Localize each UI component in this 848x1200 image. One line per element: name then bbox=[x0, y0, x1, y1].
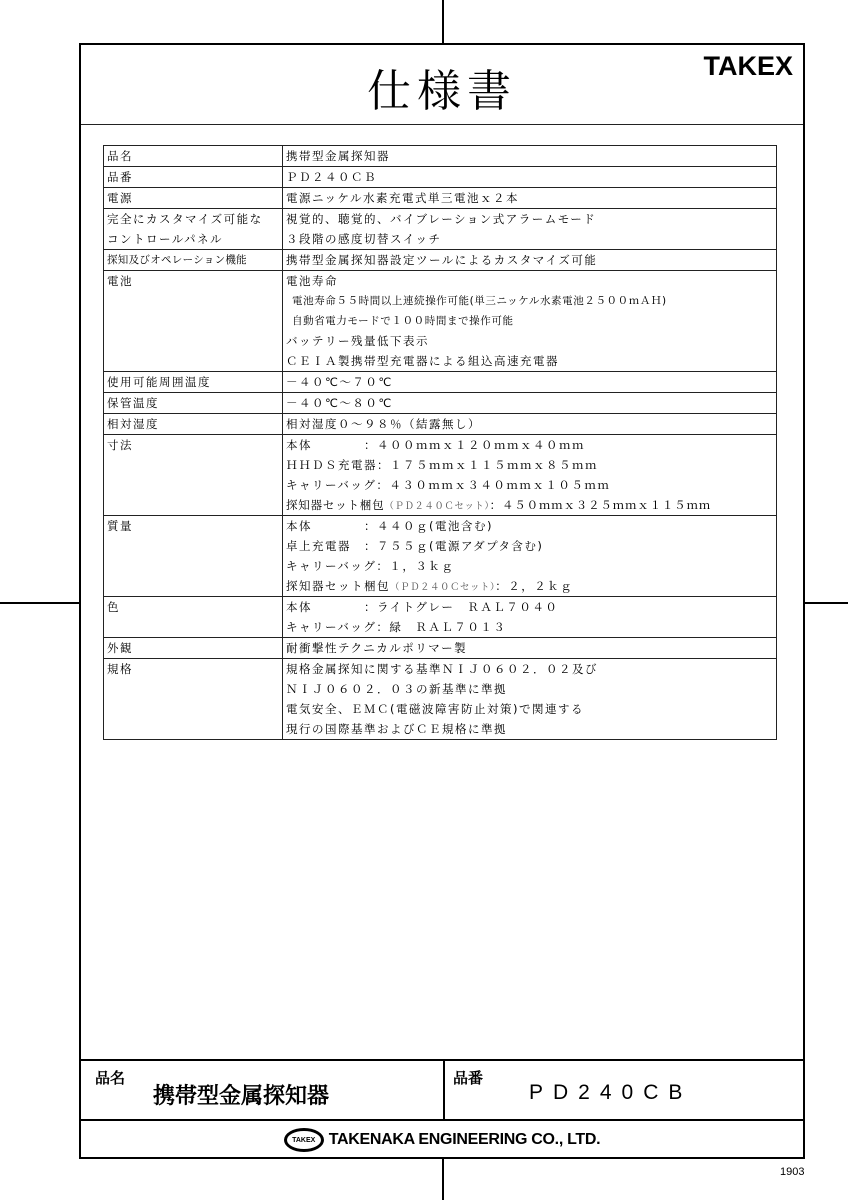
spec-value: ＣＥＩＡ製携帯型充電器による組込高速充電器 bbox=[286, 351, 773, 371]
spec-row-operating-temp: 使用可能周囲温度 －４０℃～７０℃ bbox=[104, 372, 777, 393]
logo-text: TAKEX bbox=[292, 1137, 315, 1144]
spec-label: 規格 bbox=[107, 659, 279, 679]
pack-label: 探知器セット梱包 bbox=[286, 579, 390, 593]
pack-label: 探知器セット梱包 bbox=[286, 498, 384, 512]
spec-value: 電池寿命 bbox=[286, 271, 773, 291]
footer-number-label: 品番 bbox=[453, 1067, 483, 1088]
spec-table: 品名 携帯型金属探知器 品番 ＰＤ２４０ＣＢ 電源 電源ニッケル水素充電式単三電… bbox=[103, 145, 777, 740]
spec-label: 使用可能周囲温度 bbox=[107, 372, 279, 392]
spec-label: 電源 bbox=[107, 188, 279, 208]
crop-mark-left bbox=[0, 602, 79, 604]
pack-value: ：４５０ｍｍｘ３２５ｍｍｘ１１５ｍｍ bbox=[490, 498, 711, 512]
spec-label-cont: コントロールパネル bbox=[107, 229, 279, 249]
spec-value: 耐衝撃性テクニカルポリマー製 bbox=[286, 638, 773, 658]
spec-label: 完全にカスタマイズ可能な bbox=[107, 209, 279, 229]
spec-value: 探知器セット梱包（ＰＤ２４０Ｃセット）：２，２ｋｇ bbox=[286, 576, 773, 596]
spec-value: ＰＤ２４０ＣＢ bbox=[286, 167, 773, 187]
spec-row-battery: 電池 電池寿命 電池寿命５５時間以上連続操作可能(単三ニッケル水素電池２５００ｍ… bbox=[104, 271, 777, 372]
spec-label: 相対湿度 bbox=[107, 414, 279, 434]
spec-value: キャリーバッグ：１，３ｋｇ bbox=[286, 556, 773, 576]
spec-value: 卓上充電器 ：７５５ｇ(電源アダプタ含む) bbox=[286, 536, 773, 556]
spec-value: 本体 ：４４０ｇ(電池含む) bbox=[286, 516, 773, 536]
spec-label: 質量 bbox=[107, 516, 279, 536]
spec-value: ３段階の感度切替スイッチ bbox=[286, 229, 773, 249]
spec-label: 品名 bbox=[107, 146, 279, 166]
document-frame: 仕様書 TAKEX 品名 携帯型金属探知器 品番 ＰＤ２４０ＣＢ 電源 電源ニッ… bbox=[79, 43, 805, 1159]
document-title: 仕様書 bbox=[81, 55, 803, 119]
company-name: TAKENAKA ENGINEERING CO., LTD. bbox=[329, 1131, 601, 1149]
spec-value: 携帯型金属探知器 bbox=[286, 146, 773, 166]
spec-label: 探知及びオペレーション機能 bbox=[107, 250, 279, 270]
footer-company-row: TAKEX TAKENAKA ENGINEERING CO., LTD. bbox=[81, 1121, 803, 1159]
spec-row-control-panel: 完全にカスタマイズ可能な コントロールパネル 視覚的、聴覚的、バイブレーション式… bbox=[104, 209, 777, 250]
spec-value: キャリーバッグ：４３０ｍｍｘ３４０ｍｍｘ１０５ｍｍ bbox=[286, 475, 773, 495]
spec-value: 電源ニッケル水素充電式単三電池ｘ２本 bbox=[286, 188, 773, 208]
spec-value: 現行の国際基準およびＣＥ規格に準拠 bbox=[286, 719, 773, 739]
spec-label: 電池 bbox=[107, 271, 279, 291]
takex-logo-icon: TAKEX bbox=[284, 1128, 324, 1152]
spec-row-appearance: 外観 耐衝撃性テクニカルポリマー製 bbox=[104, 638, 777, 659]
spec-value: －４０℃～７０℃ bbox=[286, 372, 773, 392]
spec-label: 寸法 bbox=[107, 435, 279, 455]
footer-product-row: 品名 携帯型金属探知器 品番 PD240CB bbox=[81, 1059, 803, 1121]
spec-value: 電気安全、ＥＭＣ(電磁波障害防止対策)で関連する bbox=[286, 699, 773, 719]
footer-divider bbox=[443, 1061, 445, 1119]
crop-mark-top bbox=[442, 0, 444, 43]
document-footer: 品名 携帯型金属探知器 品番 PD240CB TAKEX TAKENAKA EN… bbox=[81, 1059, 803, 1159]
spec-value: 本体 ：ライトグレー ＲＡＬ７０４０ bbox=[286, 597, 773, 617]
footer-name-value: 携帯型金属探知器 bbox=[153, 1079, 329, 1110]
spec-row-standards: 規格 規格金属探知に関する基準ＮＩＪ０６０２．０２及び ＮＩＪ０６０２．０３の新… bbox=[104, 659, 777, 740]
spec-row-model-number: 品番 ＰＤ２４０ＣＢ bbox=[104, 167, 777, 188]
spec-row-color: 色 本体 ：ライトグレー ＲＡＬ７０４０ キャリーバッグ：緑 ＲＡＬ７０１３ bbox=[104, 597, 777, 638]
spec-row-power: 電源 電源ニッケル水素充電式単三電池ｘ２本 bbox=[104, 188, 777, 209]
spec-value: 電池寿命５５時間以上連続操作可能(単三ニッケル水素電池２５００ｍＡＨ) bbox=[286, 291, 773, 311]
spec-label: 品番 bbox=[107, 167, 279, 187]
spec-value: ＨＨＤＳ充電器：１７５ｍｍｘ１１５ｍｍｘ８５ｍｍ bbox=[286, 455, 773, 475]
pack-value: ：２，２ｋｇ bbox=[495, 579, 573, 593]
document-number: 1903 bbox=[780, 1166, 804, 1178]
spec-value: バッテリー残量低下表示 bbox=[286, 331, 773, 351]
footer-name-label: 品名 bbox=[95, 1067, 125, 1088]
spec-value: 視覚的、聴覚的、バイブレーション式アラームモード bbox=[286, 209, 773, 229]
spec-row-dimensions: 寸法 本体 ：４００ｍｍｘ１２０ｍｍｘ４０ｍｍ ＨＨＤＳ充電器：１７５ｍｍｘ１１… bbox=[104, 435, 777, 516]
spec-row-mass: 質量 本体 ：４４０ｇ(電池含む) 卓上充電器 ：７５５ｇ(電源アダプタ含む) … bbox=[104, 516, 777, 597]
spec-row-detection-functions: 探知及びオペレーション機能 携帯型金属探知器設定ツールによるカスタマイズ可能 bbox=[104, 250, 777, 271]
brand-logo: TAKEX bbox=[703, 51, 793, 82]
spec-row-storage-temp: 保管温度 －４０℃～８０℃ bbox=[104, 393, 777, 414]
footer-number-value: PD240CB bbox=[529, 1081, 692, 1105]
spec-value: 規格金属探知に関する基準ＮＩＪ０６０２．０２及び bbox=[286, 659, 773, 679]
pack-note: （ＰＤ２４０Ｃセット） bbox=[390, 582, 495, 593]
spec-value: キャリーバッグ：緑 ＲＡＬ７０１３ bbox=[286, 617, 773, 637]
spec-value: 探知器セット梱包（ＰＤ２４０Ｃセット）：４５０ｍｍｘ３２５ｍｍｘ１１５ｍｍ bbox=[286, 495, 773, 515]
spec-label: 色 bbox=[107, 597, 279, 617]
spec-value: 自動省電力モードで１００時間まで操作可能 bbox=[286, 311, 773, 331]
spec-label: 外観 bbox=[107, 638, 279, 658]
spec-row-product-name: 品名 携帯型金属探知器 bbox=[104, 146, 777, 167]
crop-mark-bottom bbox=[442, 1159, 444, 1200]
document-header: 仕様書 TAKEX bbox=[81, 45, 803, 125]
spec-value: 本体 ：４００ｍｍｘ１２０ｍｍｘ４０ｍｍ bbox=[286, 435, 773, 455]
spec-label: 保管温度 bbox=[107, 393, 279, 413]
spec-value: 携帯型金属探知器設定ツールによるカスタマイズ可能 bbox=[286, 250, 773, 270]
crop-mark-right bbox=[805, 602, 848, 604]
spec-value: －４０℃～８０℃ bbox=[286, 393, 773, 413]
spec-value: ＮＩＪ０６０２．０３の新基準に準拠 bbox=[286, 679, 773, 699]
spec-value: 相対湿度０～９８％（結露無し） bbox=[286, 414, 773, 434]
spec-row-humidity: 相対湿度 相対湿度０～９８％（結露無し） bbox=[104, 414, 777, 435]
pack-note: （ＰＤ２４０Ｃセット） bbox=[384, 501, 489, 512]
